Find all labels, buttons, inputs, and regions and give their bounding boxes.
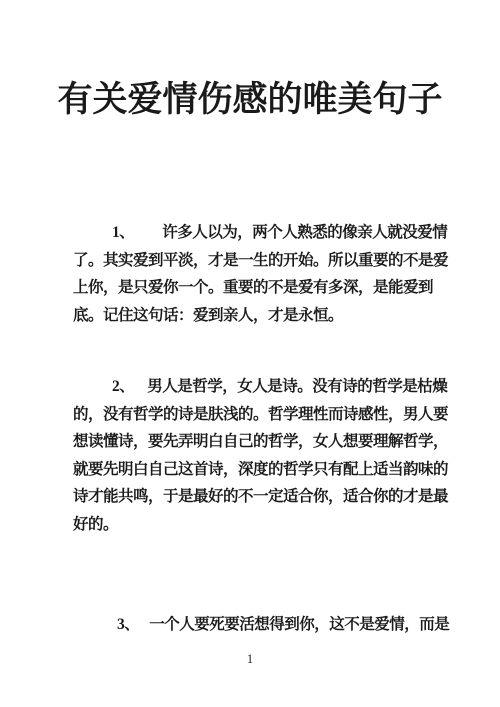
paragraph-number: 2、 bbox=[112, 373, 134, 401]
text-line: 3、一个人要死要活想得到你，这不是爱情，而是 bbox=[73, 611, 468, 639]
text-line: 底。记住这句话：爱到亲人，才是永恒。 bbox=[73, 302, 468, 330]
text-line: 想读懂诗，要先弄明白自己的哲学，女人想要理解哲学， bbox=[73, 428, 468, 456]
text-line: 诗才能共鸣，于是最好的不一定适合你，适合你的才是最 bbox=[73, 483, 468, 511]
page-number: 1 bbox=[0, 651, 500, 667]
document-page: 有关爱情伤感的唯美句子 1、许多人以为，两个人熟悉的像亲人就没爱情 了。其实爱到… bbox=[0, 0, 500, 707]
text-line: 2、男人是哲学，女人是诗。没有诗的哲学是枯燥 bbox=[73, 373, 468, 401]
text-line: 1、许多人以为，两个人熟悉的像亲人就没爱情 bbox=[73, 219, 468, 247]
text-line-content: 一个人要死要活想得到你，这不是爱情，而是 bbox=[149, 611, 449, 639]
text-line-content: 许多人以为，两个人熟悉的像亲人就没爱情 bbox=[162, 219, 447, 247]
paragraph-1: 1、许多人以为，两个人熟悉的像亲人就没爱情 了。其实爱到平淡，才是一生的开始。所… bbox=[73, 219, 468, 329]
text-line: 了。其实爱到平淡，才是一生的开始。所以重要的不是爱 bbox=[73, 247, 468, 275]
paragraph-number: 1、 bbox=[112, 219, 134, 247]
text-line: 好的。 bbox=[73, 511, 468, 539]
text-line-content: 男人是哲学，女人是诗。没有诗的哲学是枯燥 bbox=[147, 373, 447, 401]
paragraph-2: 2、男人是哲学，女人是诗。没有诗的哲学是枯燥 的，没有哲学的诗是肤浅的。哲学理性… bbox=[73, 373, 468, 538]
text-line: 上你，是只爱你一个。重要的不是爱有多深，是能爱到 bbox=[73, 274, 468, 302]
text-line: 的，没有哲学的诗是肤浅的。哲学理性而诗感性，男人要 bbox=[73, 401, 468, 429]
paragraph-3: 3、一个人要死要活想得到你，这不是爱情，而是 bbox=[73, 611, 468, 639]
page-title: 有关爱情伤感的唯美句子 bbox=[0, 78, 500, 122]
paragraph-number: 3、 bbox=[117, 611, 139, 639]
text-line: 就要先明白自己这首诗，深度的哲学只有配上适当韵味的 bbox=[73, 456, 468, 484]
